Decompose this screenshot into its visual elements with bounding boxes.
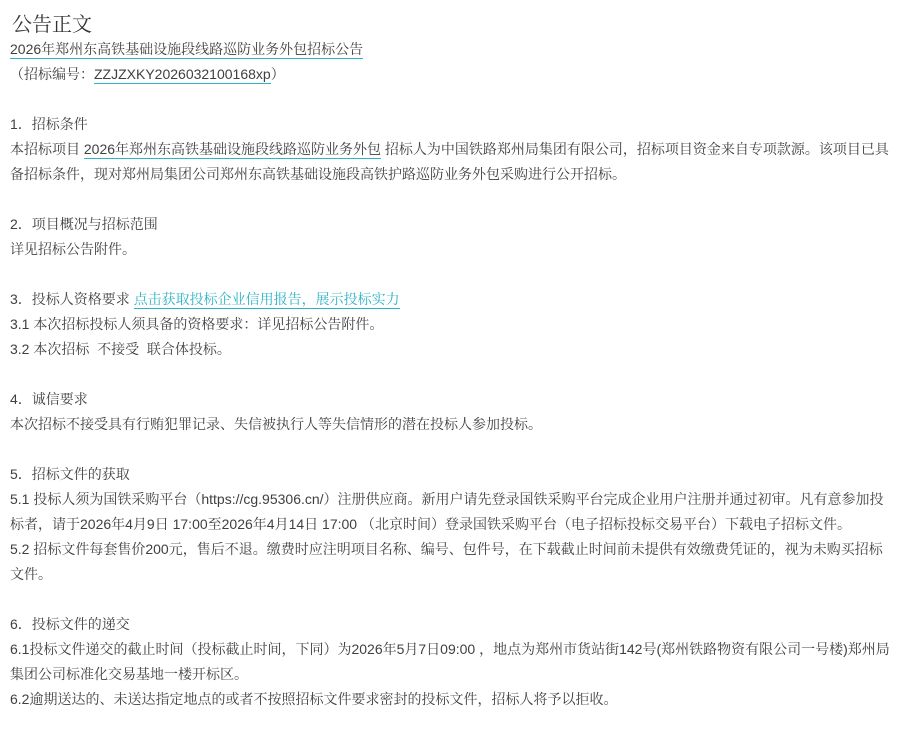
section-6-bid-submission: 6．投标文件的递交 6.1投标文件递交的截止时间（投标截止时间，下同）为2026… — [10, 612, 890, 712]
tender-number-line: （招标编号：ZZJZXKY2026032100168xp） — [10, 62, 890, 87]
section-1-bid-conditions: 1．招标条件 本招标项目 2026年郑州东高铁基础设施段线路巡防业务外包 招标人… — [10, 112, 890, 187]
tender-number-prefix: （招标编号： — [10, 66, 94, 82]
section-3-item-1: 3.1 本次招标投标人须具备的资格要求：详见招标公告附件。 — [10, 312, 890, 337]
section-1-heading: 1．招标条件 — [10, 112, 890, 137]
section-3-item-2: 3.2 本次招标 不接受 联合体投标。 — [10, 337, 890, 362]
section-5-item-2: 5.2 招标文件每套售价200元，售后不退。缴费时应注明项目名称、编号、包件号，… — [10, 537, 890, 587]
doc-title-line: 2026年郑州东高铁基础设施段线路巡防业务外包招标公告 — [10, 37, 890, 62]
section-5-heading: 5．招标文件的获取 — [10, 462, 890, 487]
section-4-paragraph: 本次招标不接受具有行贿犯罪记录、失信被执行人等失信情形的潜在投标人参加投标。 — [10, 412, 890, 437]
tender-number-suffix: ） — [271, 66, 285, 82]
section-4-integrity-requirements: 4．诚信要求 本次招标不接受具有行贿犯罪记录、失信被执行人等失信情形的潜在投标人… — [10, 387, 890, 437]
announcement-page: 公告正文 2026年郑州东高铁基础设施段线路巡防业务外包招标公告 （招标编号：Z… — [0, 0, 900, 731]
section-3-heading-text: 3．投标人资格要求 — [10, 291, 134, 307]
project-name-link[interactable]: 2026年郑州东高铁基础设施段线路巡防业务外包 — [84, 141, 381, 159]
doc-title-link[interactable]: 2026年郑州东高铁基础设施段线路巡防业务外包招标公告 — [10, 41, 363, 59]
section-6-item-2: 6.2逾期送达的、未送达指定地点的或者不按照招标文件要求密封的投标文件，招标人将… — [10, 687, 890, 712]
section-5-item-1: 5.1 投标人须为国铁采购平台（https://cg.95306.cn/）注册供… — [10, 487, 890, 537]
section-3-bidder-qualifications: 3．投标人资格要求 点击获取投标企业信用报告，展示投标实力 3.1 本次招标投标… — [10, 287, 890, 362]
section-6-item-1: 6.1投标文件递交的截止时间（投标截止时间，下同）为2026年5月7日09:00… — [10, 637, 890, 687]
section-2-paragraph: 详见招标公告附件。 — [10, 237, 890, 262]
section-2-heading: 2．项目概况与招标范围 — [10, 212, 890, 237]
section-1-paragraph: 本招标项目 2026年郑州东高铁基础设施段线路巡防业务外包 招标人为中国铁路郑州… — [10, 137, 890, 187]
section-6-heading: 6．投标文件的递交 — [10, 612, 890, 637]
credit-report-link[interactable]: 点击获取投标企业信用报告，展示投标实力 — [134, 291, 400, 309]
tender-number-link[interactable]: ZZJZXKY2026032100168xp — [94, 66, 271, 84]
section-5-document-acquisition: 5．招标文件的获取 5.1 投标人须为国铁采购平台（https://cg.953… — [10, 462, 890, 587]
section-4-heading: 4．诚信要求 — [10, 387, 890, 412]
section-2-project-scope: 2．项目概况与招标范围 详见招标公告附件。 — [10, 212, 890, 262]
section-1-text-before: 本招标项目 — [10, 141, 84, 157]
page-title: 公告正文 — [12, 13, 890, 37]
section-3-heading: 3．投标人资格要求 点击获取投标企业信用报告，展示投标实力 — [10, 287, 890, 312]
